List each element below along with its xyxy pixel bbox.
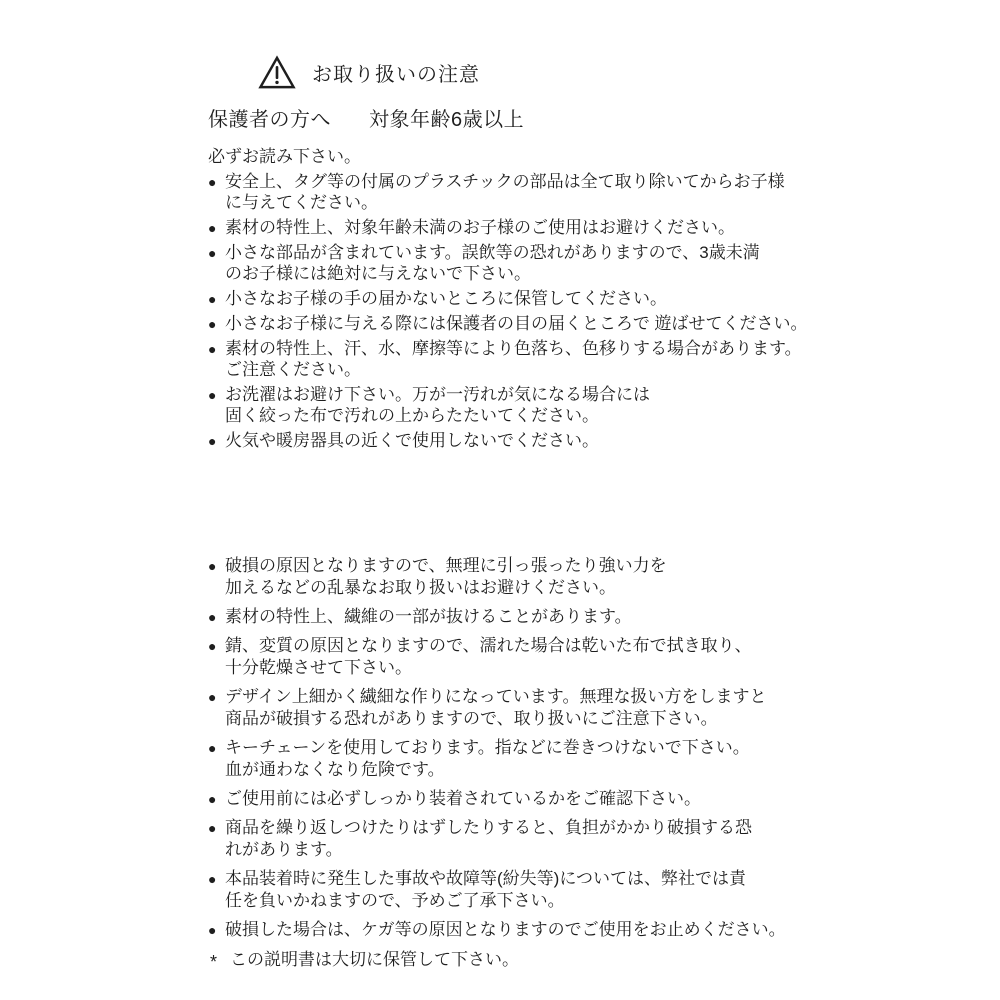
list-item: ● 破損の原因となりますので、無理に引っ張ったり強い力を 加えるなどの乱暴なお取… bbox=[208, 555, 848, 599]
must-read-note: 必ずお読み下さい。 bbox=[208, 146, 848, 167]
bullet-icon: ● bbox=[208, 243, 216, 263]
list-item-text: 素材の特性上、対象年齢未満のお子様のご使用はお避けください。 bbox=[225, 218, 735, 237]
asterisk-marker: * bbox=[210, 951, 217, 973]
list-item-text: 商品を繰り返しつけたりはずしたりすると、負担がかかり破損する恐 れがあります。 bbox=[225, 818, 752, 859]
list-item: ● 本品装着時に発生した事故や故障等(紛失等)については、弊社では責 任を負いか… bbox=[208, 868, 848, 912]
list-item: ● 錆、変質の原因となりますので、濡れた場合は乾いた布で拭き取り、 十分乾燥させ… bbox=[208, 635, 848, 679]
bullet-icon: ● bbox=[208, 172, 216, 192]
bullet-icon: ● bbox=[208, 920, 216, 940]
list-item: ● ご使用前には必ずしっかり装着されているかをご確認下さい。 bbox=[208, 788, 848, 810]
list-item: ● お洗濯はお避け下さい。万が一汚れが気になる場合には 固く絞った布で汚れの上か… bbox=[208, 384, 848, 426]
list-item-text: 小さな部品が含まれています。誤飲等の恐れがありますので、3歳未満 のお子様には絶… bbox=[225, 243, 760, 283]
document-header: お取り扱いの注意 bbox=[258, 50, 848, 94]
bullet-icon: ● bbox=[208, 314, 216, 334]
list-item: ● 素材の特性上、対象年齢未満のお子様のご使用はお避けください。 bbox=[208, 217, 848, 238]
product-care-list: ● 破損の原因となりますので、無理に引っ張ったり強い力を 加えるなどの乱暴なお取… bbox=[208, 555, 848, 941]
list-item-text: 安全上、タグ等の付属のプラスチックの部品は全て取り除いてからお子様 に与えてくだ… bbox=[225, 172, 785, 212]
bullet-icon: ● bbox=[208, 607, 216, 627]
bullet-icon: ● bbox=[208, 738, 216, 758]
audience-label: 保護者の方へ bbox=[208, 103, 331, 132]
bullet-icon: ● bbox=[208, 687, 216, 707]
list-item-text: 錆、変質の原因となりますので、濡れた場合は乾いた布で拭き取り、 十分乾燥させて下… bbox=[225, 636, 752, 677]
bullet-icon: ● bbox=[208, 289, 216, 309]
list-item: ● 安全上、タグ等の付属のプラスチックの部品は全て取り除いてからお子様 に与えて… bbox=[208, 171, 848, 213]
list-item-text: お洗濯はお避け下さい。万が一汚れが気になる場合には 固く絞った布で汚れの上からた… bbox=[225, 385, 650, 425]
list-item: ● 小さなお子様に与える際には保護者の目の届くところで 遊ばせてください。 bbox=[208, 313, 848, 334]
bullet-icon: ● bbox=[208, 385, 216, 405]
list-item-text: デザイン上細かく繊細な作りになっています。無理な扱い方をしますと 商品が破損する… bbox=[225, 687, 766, 728]
list-item: ● 素材の特性上、繊維の一部が抜けることがあります。 bbox=[208, 606, 848, 628]
bullet-icon: ● bbox=[208, 789, 216, 809]
list-item: ● デザイン上細かく繊細な作りになっています。無理な扱い方をしますと 商品が破損… bbox=[208, 686, 848, 730]
list-item-text: ご使用前には必ずしっかり装着されているかをご確認下さい。 bbox=[225, 789, 701, 808]
warning-triangle-icon bbox=[258, 55, 296, 90]
list-item-text: キーチェーンを使用しております。指などに巻きつけないで下さい。 血が通わなくなり… bbox=[225, 738, 750, 779]
handling-precautions-list: ● 安全上、タグ等の付属のプラスチックの部品は全て取り除いてからお子様 に与えて… bbox=[208, 171, 848, 451]
list-item: ● 素材の特性上、汗、水、摩擦等により色落ち、色移りする場合があります。 ご注意… bbox=[208, 338, 848, 380]
list-item: ● 小さな部品が含まれています。誤飲等の恐れがありますので、3歳未満 のお子様に… bbox=[208, 242, 848, 284]
keep-manual-note: * この説明書は大切に保管して下さい。 bbox=[208, 949, 848, 971]
list-item-text: 小さなお子様の手の届かないところに保管してください。 bbox=[225, 289, 667, 308]
care-instructions-document: お取り扱いの注意 保護者の方へ 対象年齢6歳以上 必ずお読み下さい。 ● 安全上… bbox=[0, 0, 1000, 1000]
target-age-label: 対象年齢6歳以上 bbox=[369, 103, 524, 132]
bullet-icon: ● bbox=[208, 818, 216, 838]
bullet-icon: ● bbox=[208, 339, 216, 359]
list-item-text: 破損の原因となりますので、無理に引っ張ったり強い力を 加えるなどの乱暴なお取り扱… bbox=[225, 556, 667, 597]
list-item-text: 破損した場合は、ケガ等の原因となりますのでご使用をお止めください。 bbox=[225, 920, 786, 939]
list-item: ● 商品を繰り返しつけたりはずしたりすると、負担がかかり破損する恐 れがあります… bbox=[208, 817, 848, 861]
audience-line: 保護者の方へ 対象年齢6歳以上 bbox=[208, 103, 848, 132]
list-item-text: 素材の特性上、汗、水、摩擦等により色落ち、色移りする場合があります。 ご注意くだ… bbox=[225, 339, 802, 379]
bullet-icon: ● bbox=[208, 218, 216, 238]
list-item-text: 本品装着時に発生した事故や故障等(紛失等)については、弊社では責 任を負いかねま… bbox=[225, 869, 746, 910]
footnote-text: この説明書は大切に保管して下さい。 bbox=[230, 950, 519, 969]
bullet-icon: ● bbox=[208, 869, 216, 889]
list-item-text: 火気や暖房器具の近くで使用しないでください。 bbox=[225, 431, 599, 450]
bullet-icon: ● bbox=[208, 431, 216, 451]
document-body: お取り扱いの注意 保護者の方へ 対象年齢6歳以上 必ずお読み下さい。 ● 安全上… bbox=[208, 50, 848, 971]
page-title: お取り扱いの注意 bbox=[312, 58, 480, 87]
list-item: ● 火気や暖房器具の近くで使用しないでください。 bbox=[208, 430, 848, 451]
list-item: ● 小さなお子様の手の届かないところに保管してください。 bbox=[208, 288, 848, 309]
bullet-icon: ● bbox=[208, 636, 216, 656]
list-item: ● キーチェーンを使用しております。指などに巻きつけないで下さい。 血が通わなく… bbox=[208, 737, 848, 781]
bullet-icon: ● bbox=[208, 556, 216, 576]
list-item-text: 素材の特性上、繊維の一部が抜けることがあります。 bbox=[225, 607, 632, 626]
list-item-text: 小さなお子様に与える際には保護者の目の届くところで 遊ばせてください。 bbox=[225, 314, 808, 333]
list-item: ● 破損した場合は、ケガ等の原因となりますのでご使用をお止めください。 bbox=[208, 919, 848, 941]
